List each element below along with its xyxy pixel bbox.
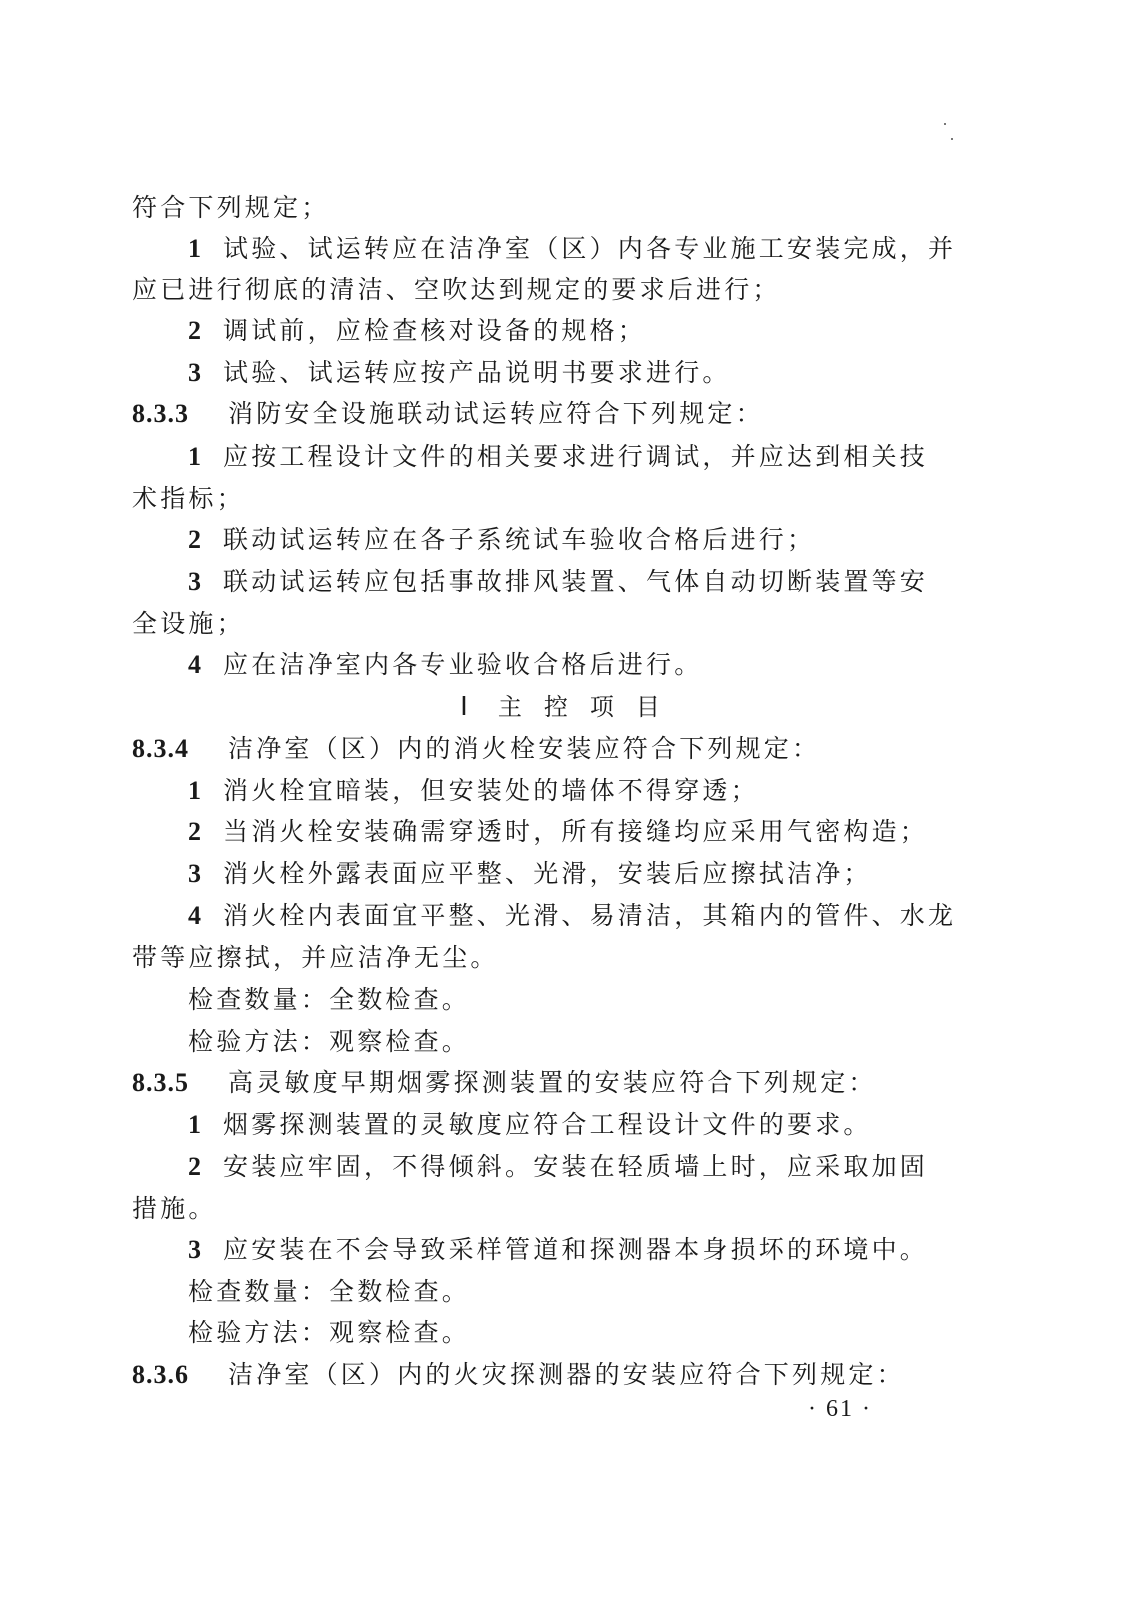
check-method: 检验方法：观察检查。 — [188, 1312, 978, 1354]
item-number: 4 — [188, 895, 201, 937]
item-number: 3 — [188, 853, 201, 895]
item-text: 调试前，应检查核对设备的规格； — [223, 316, 646, 345]
item-text-wrap: 应已进行彻底的清洁、空吹达到规定的要求后进行； — [132, 269, 922, 311]
list-item: 1消火栓宜暗装，但安装处的墙体不得穿透； — [188, 770, 978, 812]
list-item: 2联动试运转应在各子系统试车验收合格后进行； — [188, 519, 978, 561]
item-text-wrap: 全设施； — [132, 603, 922, 645]
section-title: 洁净室（区）内的消火栓安装应符合下列规定： — [228, 734, 820, 763]
item-text-wrap: 措施。 — [132, 1188, 922, 1230]
item-number: 2 — [188, 519, 201, 561]
section-number: 8.3.4 — [132, 728, 228, 770]
item-text-wrap: 术指标； — [132, 478, 922, 520]
check-quantity: 检查数量：全数检查。 — [188, 1271, 978, 1313]
item-text: 试验、试运转应在洁净室（区）内各专业施工安装完成，并 — [223, 234, 956, 263]
subheading-main-control-items: Ⅰ主控项目 — [0, 686, 1142, 728]
check-method: 检验方法：观察检查。 — [188, 1021, 978, 1063]
section-heading: 8.3.5高灵敏度早期烟雾探测装置的安装应符合下列规定： — [132, 1062, 922, 1104]
item-text: 联动试运转应在各子系统试车验收合格后进行； — [223, 525, 815, 554]
item-text: 试验、试运转应按产品说明书要求进行。 — [223, 358, 731, 387]
item-text: 应安装在不会导致采样管道和探测器本身损坏的环境中。 — [223, 1235, 928, 1264]
list-item: 3试验、试运转应按产品说明书要求进行。 — [188, 352, 978, 394]
item-text: 消火栓外露表面应平整、光滑，安装后应擦拭洁净； — [223, 859, 872, 888]
page-number: · 61 · — [808, 1396, 872, 1423]
item-text-wrap: 带等应擦拭，并应洁净无尘。 — [132, 937, 922, 979]
section-number: 8.3.3 — [132, 393, 228, 435]
list-item: 2当消火栓安装确需穿透时，所有接缝均应采用气密构造； — [188, 811, 978, 853]
subheading-text: 主控项目 — [498, 693, 682, 721]
list-item: 1应按工程设计文件的相关要求进行调试，并应达到相关技 — [188, 436, 978, 478]
item-text: 应在洁净室内各专业验收合格后进行。 — [223, 650, 702, 679]
continuation-text: 符合下列规定； — [132, 187, 922, 229]
section-title: 高灵敏度早期烟雾探测装置的安装应符合下列规定： — [228, 1068, 877, 1097]
section-heading: 8.3.3消防安全设施联动试运转应符合下列规定： — [132, 393, 922, 435]
check-quantity: 检查数量：全数检查。 — [188, 979, 978, 1021]
item-number: 3 — [188, 1229, 201, 1271]
scan-speck — [951, 138, 953, 140]
list-item: 1烟雾探测装置的灵敏度应符合工程设计文件的要求。 — [188, 1104, 978, 1146]
list-item: 4应在洁净室内各专业验收合格后进行。 — [188, 644, 978, 686]
item-number: 2 — [188, 811, 201, 853]
section-heading: 8.3.6洁净室（区）内的火灾探测器的安装应符合下列规定： — [132, 1354, 922, 1396]
item-number: 1 — [188, 228, 201, 270]
scan-speck — [944, 123, 946, 125]
item-text: 联动试运转应包括事故排风装置、气体自动切断装置等安 — [223, 567, 928, 596]
list-item: 3消火栓外露表面应平整、光滑，安装后应擦拭洁净； — [188, 853, 978, 895]
section-heading: 8.3.4洁净室（区）内的消火栓安装应符合下列规定： — [132, 728, 922, 770]
item-number: 4 — [188, 644, 201, 686]
item-text: 安装应牢固，不得倾斜。安装在轻质墙上时，应采取加固 — [223, 1152, 928, 1181]
document-page: 符合下列规定； 1试验、试运转应在洁净室（区）内各专业施工安装完成，并 应已进行… — [0, 0, 1142, 1600]
list-item: 3联动试运转应包括事故排风装置、气体自动切断装置等安 — [188, 561, 978, 603]
item-text: 当消火栓安装确需穿透时，所有接缝均应采用气密构造； — [223, 817, 928, 846]
section-title: 洁净室（区）内的火灾探测器的安装应符合下列规定： — [228, 1360, 905, 1389]
list-item: 2调试前，应检查核对设备的规格； — [188, 310, 978, 352]
item-number: 1 — [188, 770, 201, 812]
section-number: 8.3.5 — [132, 1062, 228, 1104]
item-text: 应按工程设计文件的相关要求进行调试，并应达到相关技 — [223, 442, 928, 471]
item-number: 1 — [188, 1104, 201, 1146]
list-item: 3应安装在不会导致采样管道和探测器本身损坏的环境中。 — [188, 1229, 978, 1271]
item-number: 1 — [188, 436, 201, 478]
item-text: 消火栓宜暗装，但安装处的墙体不得穿透； — [223, 776, 759, 805]
item-number: 2 — [188, 310, 201, 352]
section-number: 8.3.6 — [132, 1354, 228, 1396]
item-number: 2 — [188, 1146, 201, 1188]
list-item: 2安装应牢固，不得倾斜。安装在轻质墙上时，应采取加固 — [188, 1146, 978, 1188]
roman-numeral: Ⅰ — [460, 692, 468, 721]
item-text: 消火栓内表面宜平整、光滑、易清洁，其箱内的管件、水龙 — [223, 901, 956, 930]
list-item: 1试验、试运转应在洁净室（区）内各专业施工安装完成，并 — [188, 228, 978, 270]
item-number: 3 — [188, 561, 201, 603]
list-item: 4消火栓内表面宜平整、光滑、易清洁，其箱内的管件、水龙 — [188, 895, 978, 937]
item-number: 3 — [188, 352, 201, 394]
item-text: 烟雾探测装置的灵敏度应符合工程设计文件的要求。 — [223, 1110, 872, 1139]
section-title: 消防安全设施联动试运转应符合下列规定： — [228, 399, 764, 428]
